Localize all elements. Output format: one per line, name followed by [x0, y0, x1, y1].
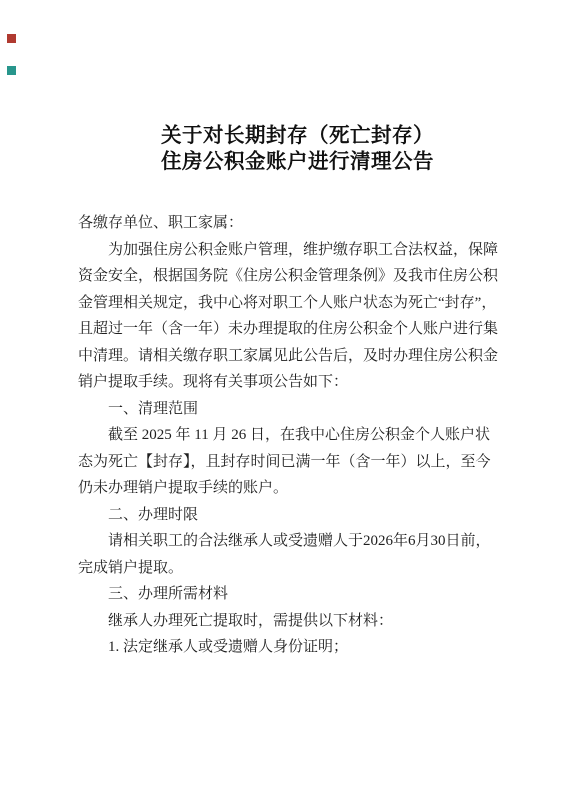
body-line: 且超过一年（含一年）未办理提取的住房公积金个人账户进行集 — [78, 316, 502, 343]
document-title-line-2: 住房公积金账户进行清理公告 — [30, 149, 565, 175]
document-title: 关于对长期封存（死亡封存） 住房公积金账户进行清理公告 — [30, 123, 565, 175]
section-1-heading: 一、清理范围 — [78, 396, 502, 423]
body-line: 为加强住房公积金账户管理，维护缴存职工合法权益，保障 — [78, 237, 502, 264]
red-square-marker — [7, 34, 16, 43]
body-line: 销户提取手续。现将有关事项公告如下： — [78, 369, 502, 396]
body-line: 资金安全，根据国务院《住房公积金管理条例》及我市住房公积 — [78, 263, 502, 290]
body-line: 继承人办理死亡提取时，需提供以下材料： — [78, 608, 502, 635]
salutation-line: 各缴存单位、职工家属： — [78, 210, 502, 237]
body-line: 完成销户提取。 — [78, 555, 502, 582]
body-line: 请相关职工的合法继承人或受遗赠人于2026年6月30日前， — [78, 528, 502, 555]
body-line: 中清理。请相关缴存职工家属见此公告后，及时办理住房公积金 — [78, 343, 502, 370]
list-item-1: 1. 法定继承人或受遗赠人身份证明； — [78, 634, 502, 661]
section-3-heading: 三、办理所需材料 — [78, 581, 502, 608]
body-line: 仍未办理销户提取手续的账户。 — [78, 475, 502, 502]
notice-document-page: 关于对长期封存（死亡封存） 住房公积金账户进行清理公告 各缴存单位、职工家属： … — [0, 0, 565, 800]
body-line: 截至 2025 年 11 月 26 日，在我中心住房公积金个人账户状 — [78, 422, 502, 449]
teal-square-marker — [7, 66, 16, 75]
document-title-line-1: 关于对长期封存（死亡封存） — [30, 123, 565, 149]
document-body: 各缴存单位、职工家属： 为加强住房公积金账户管理，维护缴存职工合法权益，保障 资… — [78, 210, 502, 661]
section-2-heading: 二、办理时限 — [78, 502, 502, 529]
body-line: 态为死亡【封存】，且封存时间已满一年（含一年）以上，至今 — [78, 449, 502, 476]
body-line: 金管理相关规定，我中心将对职工个人账户状态为死亡“封存”， — [78, 290, 502, 317]
